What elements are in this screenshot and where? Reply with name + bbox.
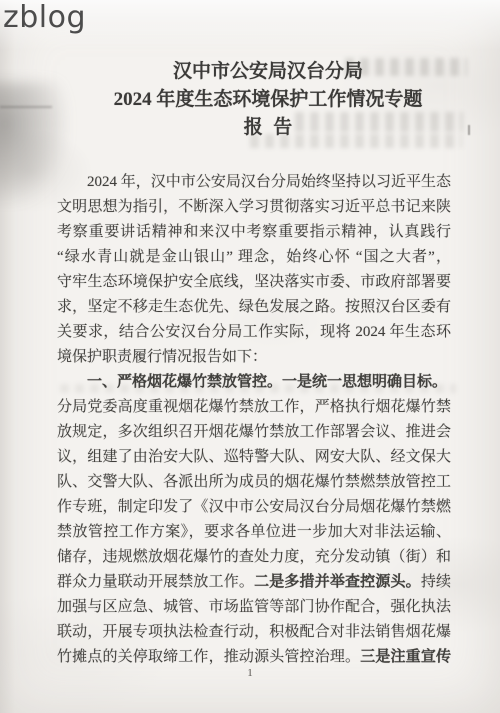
title-line-3: 报告 bbox=[38, 114, 498, 142]
body-line: 队、交警大队、各派出所为成员的烟花爆竹禁燃禁放管控工 bbox=[57, 470, 451, 495]
zblog-logo[interactable]: zblog bbox=[3, 2, 86, 34]
document-title: 汉中市公安局汉台分局 2024 年度生态环境保护工作情况专题 报告 bbox=[38, 58, 498, 142]
body-line: 求，坚定不移走生态优先、绿色发展之路。按照汉台区委有 bbox=[57, 295, 451, 320]
body-line: 考察重要讲话精神和来汉中考察重要指示精神，认真践行 bbox=[57, 220, 451, 245]
body-line: 禁放管控工作方案》，要求各单位进一步加大对非法运输、 bbox=[57, 520, 451, 545]
body-line: 守牢生态环境保护安全底线，坚决落实市委、市政府部署要 bbox=[57, 270, 451, 295]
body-line: 储存，违规燃放烟花爆竹的查处力度，充分发动镇（街）和 bbox=[57, 545, 451, 570]
title-line-1: 汉中市公安局汉台分局 bbox=[38, 58, 498, 86]
title-line-2: 2024 年度生态环境保护工作情况专题 bbox=[38, 86, 498, 114]
body-line: 作专班，制定印发了《汉中市公安局汉台分局烟花爆竹禁燃 bbox=[57, 495, 451, 520]
body-line: 关要求，结合公安汉台分局工作实际，现将 2024 年生态环 bbox=[57, 320, 451, 345]
body-line: 分局党委高度重视烟花爆竹禁放工作，严格执行烟花爆竹禁 bbox=[57, 395, 451, 420]
body-line-section-heading: 一、严格烟花爆竹禁放管控。一是统一思想明确目标。 bbox=[57, 370, 451, 395]
body-line: 加强与区应急、城管、市场监管等部门协作配合，强化执法 bbox=[57, 595, 451, 620]
body-line: 2024 年，汉中市公安局汉台分局始终坚持以习近平生态 bbox=[57, 170, 451, 195]
body-line: 文明思想为指引，不断深入学习贯彻落实习近平总书记来陕 bbox=[57, 195, 451, 220]
body-line: 联动，开展专项执法检查行动，积极配合对非法销售烟花爆 bbox=[57, 620, 451, 645]
document-body: 2024 年，汉中市公安局汉台分局始终坚持以习近平生态 文明思想为指引，不断深入… bbox=[57, 170, 451, 670]
scanned-document-page: zblog 汉中市公安局汉台分局 2024 年度生态环境保护工作情况专题 报告 … bbox=[0, 0, 500, 713]
page-number: 1 bbox=[0, 667, 500, 679]
body-line: 群众力量联动开展禁放工作。二是多措并举查控源头。持续 bbox=[57, 570, 451, 595]
body-line: 放规定，多次组织召开烟花爆竹禁放工作部署会议、推进会 bbox=[57, 420, 451, 445]
body-line: 议，组建了由治安大队、巡特警大队、网安大队、经文保大 bbox=[57, 445, 451, 470]
body-line: “绿水青山就是金山银山” 理念，始终心怀 “国之大者”， bbox=[57, 245, 451, 270]
body-line: 境保护职责履行情况报告如下： bbox=[57, 345, 451, 370]
